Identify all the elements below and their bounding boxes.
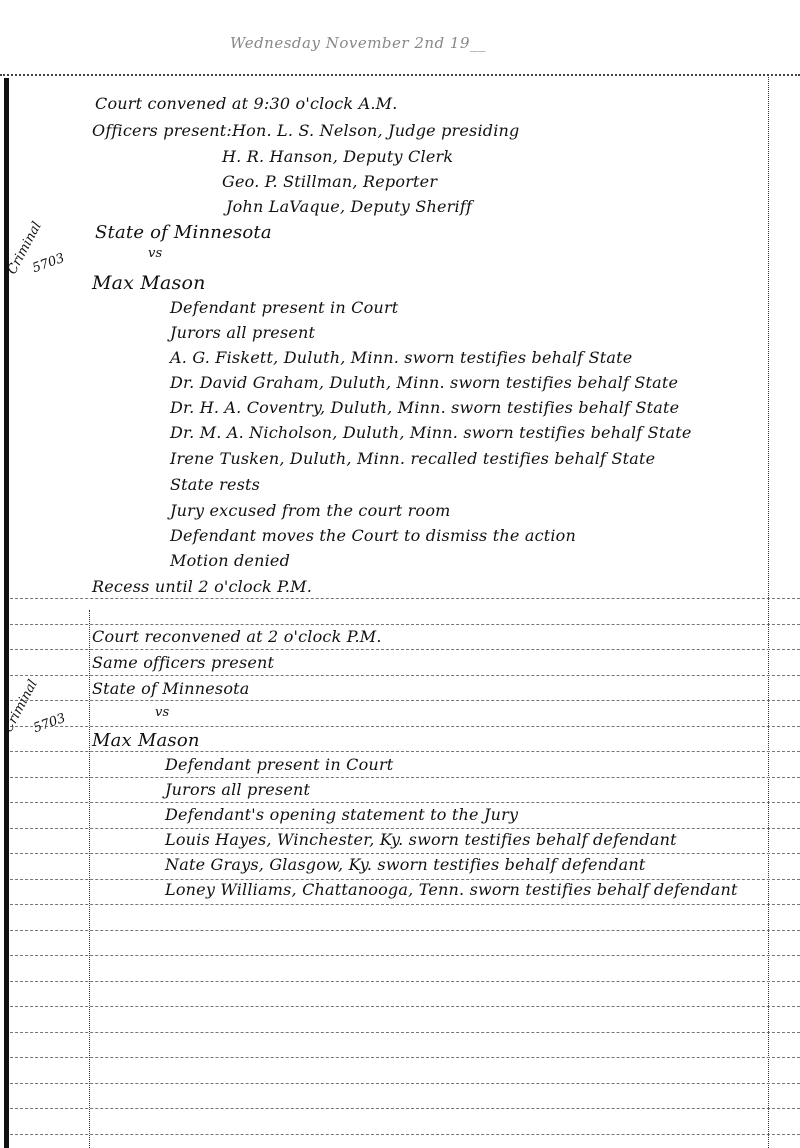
rule-line — [10, 675, 800, 676]
entry: Dr. H. A. Coventry, Duluth, Minn. sworn … — [170, 398, 679, 417]
officers-same: Same officers present — [92, 653, 274, 672]
rule-line — [10, 1083, 800, 1084]
rule-line — [10, 904, 800, 905]
rule-line — [10, 1006, 800, 1007]
rule-line — [10, 700, 800, 701]
rule-line — [10, 624, 800, 625]
rule-line — [10, 1057, 800, 1058]
rule-line — [10, 853, 800, 854]
rule-line — [10, 981, 800, 982]
rule-line — [10, 598, 800, 599]
rule-line — [10, 649, 800, 650]
entry: Defendant's opening statement to the Jur… — [165, 805, 518, 824]
rule-line — [10, 751, 800, 752]
officer-clerk: H. R. Hanson, Deputy Clerk — [222, 147, 453, 166]
rule-line — [10, 1134, 800, 1135]
court-reconvened: Court reconvened at 2 o'clock P.M. — [92, 627, 382, 646]
entry: Dr. M. A. Nicholson, Duluth, Minn. sworn… — [170, 423, 692, 442]
entry: Defendant present in Court — [170, 298, 398, 317]
officer-judge: Hon. L. S. Nelson, Judge presiding — [232, 121, 519, 140]
entry: Louis Hayes, Winchester, Ky. sworn testi… — [165, 830, 677, 849]
entry: Defendant present in Court — [165, 755, 393, 774]
left-margin-line — [4, 78, 9, 1148]
case-number-2: 5703 — [31, 711, 67, 736]
case-vs-1: vs — [148, 246, 162, 261]
officer-reporter: Geo. P. Stillman, Reporter — [222, 172, 437, 191]
entry: Defendant moves the Court to dismiss the… — [170, 526, 576, 545]
entry: Dr. David Graham, Duluth, Minn. sworn te… — [170, 373, 678, 392]
rule-line — [10, 802, 800, 803]
top-rule — [0, 74, 800, 76]
entry: State rests — [170, 475, 260, 494]
header-date: Wednesday November 2nd 19__ — [230, 34, 486, 52]
entry: Jurors all present — [165, 780, 310, 799]
rule-line — [10, 828, 800, 829]
rule-line — [10, 726, 800, 727]
right-margin-line — [768, 75, 769, 1148]
case-title-1: State of Minnesota — [95, 222, 272, 243]
entry: Loney Williams, Chattanooga, Tenn. sworn… — [165, 880, 738, 899]
rule-line — [10, 930, 800, 931]
rule-line — [10, 1032, 800, 1033]
case-vs-2: vs — [155, 705, 169, 720]
rule-line — [10, 955, 800, 956]
entry: Nate Grays, Glasgow, Ky. sworn testifies… — [165, 855, 645, 874]
defendant-2: Max Mason — [92, 730, 200, 751]
case-title-2: State of Minnesota — [92, 679, 250, 698]
court-convened: Court convened at 9:30 o'clock A.M. — [95, 94, 398, 113]
defendant-1: Max Mason — [92, 272, 206, 294]
rule-line — [10, 1108, 800, 1109]
officers-label: Officers present: — [92, 121, 232, 140]
entry: Motion denied — [170, 551, 290, 570]
case-number-1: 5703 — [30, 251, 66, 276]
entry: Irene Tusken, Duluth, Minn. recalled tes… — [170, 449, 655, 468]
entry: A. G. Fiskett, Duluth, Minn. sworn testi… — [170, 348, 632, 367]
entry: Jurors all present — [170, 323, 315, 342]
rule-line — [10, 777, 800, 778]
ledger-page: Wednesday November 2nd 19__ Court conven… — [0, 0, 800, 1148]
entry: Jury excused from the court room — [170, 501, 451, 520]
officer-sheriff: John LaVaque, Deputy Sheriff — [226, 197, 472, 216]
recess: Recess until 2 o'clock P.M. — [92, 577, 312, 596]
